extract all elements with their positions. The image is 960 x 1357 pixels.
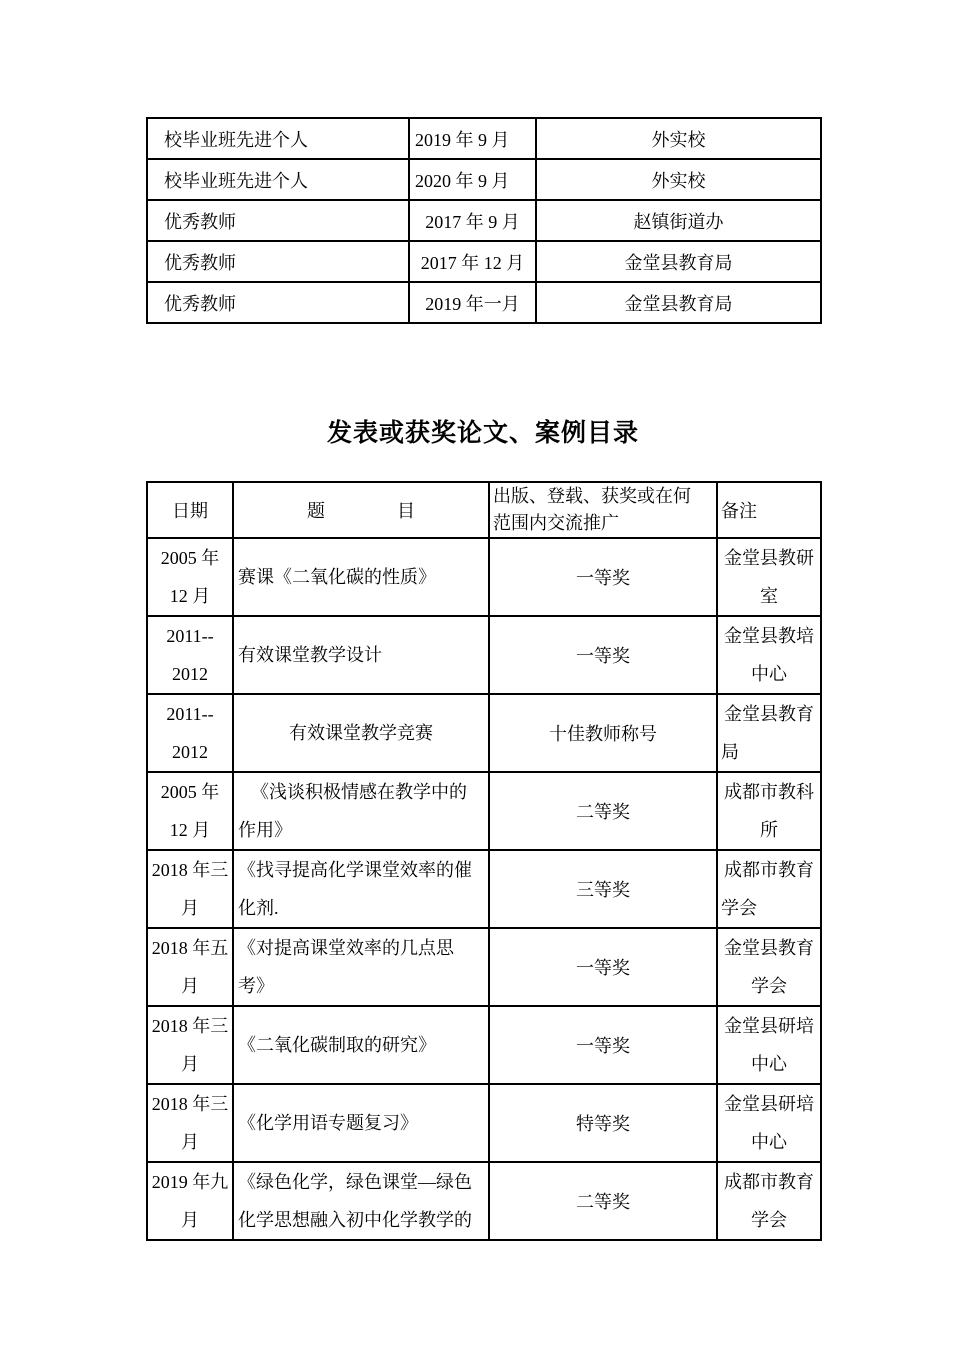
text-line: 2012 bbox=[148, 733, 232, 771]
publication-award-cell: 一等奖 bbox=[489, 616, 717, 694]
award-name-cell: 校毕业班先进个人 bbox=[147, 118, 409, 159]
publication-note-cell: 金堂县教研室 bbox=[717, 538, 821, 616]
text-line: 月 bbox=[148, 1045, 232, 1083]
publication-date-cell: 2011--2012 bbox=[147, 694, 233, 772]
publication-award-cell: 一等奖 bbox=[489, 538, 717, 616]
publication-date-cell: 2018 年三月 bbox=[147, 1006, 233, 1084]
header-note-cell: 备注 bbox=[717, 482, 821, 538]
text-line: 考》 bbox=[234, 967, 488, 1005]
text-line: 月 bbox=[148, 967, 232, 1005]
text-line: 有效课堂教学竞赛 bbox=[234, 714, 488, 752]
text-line: 成都市教育 bbox=[718, 851, 820, 889]
publications-table: 日期 题 目 出版、登载、获奖或在何 范围内交流推广 备注 2005 年12 月… bbox=[146, 481, 822, 1241]
text-line: 2018 年五 bbox=[148, 929, 232, 967]
text-line: 金堂县教培 bbox=[718, 617, 820, 655]
award-name-cell: 优秀教师 bbox=[147, 241, 409, 282]
text-line: 《找寻提高化学课堂效率的催 bbox=[234, 851, 488, 889]
publication-note-cell: 金堂县教培中心 bbox=[717, 616, 821, 694]
publication-note-cell: 成都市教科所 bbox=[717, 772, 821, 850]
header-title-cell: 题 目 bbox=[233, 482, 489, 538]
header-date-cell: 日期 bbox=[147, 482, 233, 538]
publication-award-cell: 二等奖 bbox=[489, 1162, 717, 1240]
text-line: 2011-- bbox=[148, 617, 232, 655]
text-line: 范围内交流推广 bbox=[490, 510, 716, 537]
publication-award-cell: 三等奖 bbox=[489, 850, 717, 928]
text-line: 月 bbox=[148, 1201, 232, 1239]
text-line: 学会 bbox=[718, 967, 820, 1005]
award-date-cell: 2020 年 9 月 bbox=[409, 159, 536, 200]
text-line: 12 月 bbox=[148, 577, 232, 615]
publication-date-cell: 2018 年三月 bbox=[147, 850, 233, 928]
publications-table-body: 2005 年12 月赛课《二氧化碳的性质》一等奖金堂县教研室2011--2012… bbox=[147, 538, 821, 1240]
text-line: 成都市教科 bbox=[718, 773, 820, 811]
publication-title-cell: 有效课堂教学设计 bbox=[233, 616, 489, 694]
publication-title-cell: 有效课堂教学竞赛 bbox=[233, 694, 489, 772]
publication-note-cell: 金堂县研培中心 bbox=[717, 1006, 821, 1084]
text-line: 学会 bbox=[718, 1201, 820, 1239]
text-line: 2019 年九 bbox=[148, 1163, 232, 1201]
publication-note-cell: 金堂县教育局 bbox=[717, 694, 821, 772]
table-row: 2018 年五月《对提高课堂效率的几点思考》一等奖金堂县教育学会 bbox=[147, 928, 821, 1006]
text-line: 化学思想融入初中化学教学的 bbox=[234, 1201, 488, 1239]
document-page: { "section_title": "发表或获奖论文、案例目录", "awar… bbox=[0, 0, 960, 1357]
text-line: 月 bbox=[148, 889, 232, 927]
publication-note-cell: 成都市教育学会 bbox=[717, 850, 821, 928]
table-row: 2018 年三月《找寻提高化学课堂效率的催化剂.三等奖成都市教育学会 bbox=[147, 850, 821, 928]
table-row: 优秀教师2017 年 9 月赵镇街道办 bbox=[147, 200, 821, 241]
text-line: 所 bbox=[718, 811, 820, 849]
publication-award-cell: 二等奖 bbox=[489, 772, 717, 850]
text-line: 12 月 bbox=[148, 811, 232, 849]
publication-date-cell: 2005 年12 月 bbox=[147, 772, 233, 850]
publication-title-cell: 《化学用语专题复习》 bbox=[233, 1084, 489, 1162]
text-line: 《二氧化碳制取的研究》 bbox=[234, 1026, 488, 1064]
text-line: 2011-- bbox=[148, 695, 232, 733]
text-line: 学会 bbox=[718, 889, 820, 927]
text-line: 有效课堂教学设计 bbox=[234, 636, 488, 674]
header-scope-cell: 出版、登载、获奖或在何 范围内交流推广 bbox=[489, 482, 717, 538]
table-row: 2005 年12 月赛课《二氧化碳的性质》一等奖金堂县教研室 bbox=[147, 538, 821, 616]
table-row: 优秀教师2019 年一月金堂县教育局 bbox=[147, 282, 821, 323]
table-row: 校毕业班先进个人2019 年 9 月外实校 bbox=[147, 118, 821, 159]
award-org-cell: 外实校 bbox=[536, 118, 821, 159]
awards-table: 校毕业班先进个人2019 年 9 月外实校校毕业班先进个人2020 年 9 月外… bbox=[146, 117, 822, 324]
text-line: 局 bbox=[718, 733, 820, 771]
publication-title-cell: 赛课《二氧化碳的性质》 bbox=[233, 538, 489, 616]
publication-note-cell: 金堂县研培中心 bbox=[717, 1084, 821, 1162]
text-line: 金堂县研培 bbox=[718, 1085, 820, 1123]
publication-title-cell: 《浅谈积极情感在教学中的作用》 bbox=[233, 772, 489, 850]
publication-title-cell: 《二氧化碳制取的研究》 bbox=[233, 1006, 489, 1084]
text-line: 作用》 bbox=[234, 811, 488, 849]
table-row: 2019 年九月《绿色化学，绿色课堂—绿色化学思想融入初中化学教学的二等奖成都市… bbox=[147, 1162, 821, 1240]
publication-note-cell: 金堂县教育学会 bbox=[717, 928, 821, 1006]
award-date-cell: 2019 年一月 bbox=[409, 282, 536, 323]
text-line: 2005 年 bbox=[148, 773, 232, 811]
text-line: 化剂. bbox=[234, 889, 488, 927]
publication-date-cell: 2018 年五月 bbox=[147, 928, 233, 1006]
publication-award-cell: 一等奖 bbox=[489, 1006, 717, 1084]
text-line: 《化学用语专题复习》 bbox=[234, 1104, 488, 1142]
publication-date-cell: 2005 年12 月 bbox=[147, 538, 233, 616]
award-org-cell: 赵镇街道办 bbox=[536, 200, 821, 241]
text-line: 金堂县研培 bbox=[718, 1007, 820, 1045]
award-date-cell: 2017 年 9 月 bbox=[409, 200, 536, 241]
text-line: 金堂县教研 bbox=[718, 539, 820, 577]
award-org-cell: 金堂县教育局 bbox=[536, 282, 821, 323]
award-date-cell: 2017 年 12 月 bbox=[409, 241, 536, 282]
text-line: 2005 年 bbox=[148, 539, 232, 577]
award-name-cell: 校毕业班先进个人 bbox=[147, 159, 409, 200]
award-org-cell: 外实校 bbox=[536, 159, 821, 200]
publication-date-cell: 2019 年九月 bbox=[147, 1162, 233, 1240]
text-line: 2018 年三 bbox=[148, 851, 232, 889]
award-name-cell: 优秀教师 bbox=[147, 200, 409, 241]
table-row: 2011--2012有效课堂教学设计一等奖金堂县教培中心 bbox=[147, 616, 821, 694]
header-row: 日期 题 目 出版、登载、获奖或在何 范围内交流推广 备注 bbox=[147, 482, 821, 538]
publication-note-cell: 成都市教育学会 bbox=[717, 1162, 821, 1240]
text-line: 成都市教育 bbox=[718, 1163, 820, 1201]
publication-title-cell: 《绿色化学，绿色课堂—绿色化学思想融入初中化学教学的 bbox=[233, 1162, 489, 1240]
publication-award-cell: 十佳教师称号 bbox=[489, 694, 717, 772]
publications-table-header: 日期 题 目 出版、登载、获奖或在何 范围内交流推广 备注 bbox=[147, 482, 821, 538]
text-line: 《浅谈积极情感在教学中的 bbox=[234, 773, 488, 811]
publication-title-cell: 《找寻提高化学课堂效率的催化剂. bbox=[233, 850, 489, 928]
table-row: 2005 年12 月《浅谈积极情感在教学中的作用》二等奖成都市教科所 bbox=[147, 772, 821, 850]
publication-title-cell: 《对提高课堂效率的几点思考》 bbox=[233, 928, 489, 1006]
table-row: 2018 年三月《化学用语专题复习》特等奖金堂县研培中心 bbox=[147, 1084, 821, 1162]
publication-award-cell: 特等奖 bbox=[489, 1084, 717, 1162]
text-line: 室 bbox=[718, 577, 820, 615]
text-line: 金堂县教育 bbox=[718, 695, 820, 733]
text-line: 2012 bbox=[148, 655, 232, 693]
text-line: 中心 bbox=[718, 655, 820, 693]
award-name-cell: 优秀教师 bbox=[147, 282, 409, 323]
text-line: 《绿色化学，绿色课堂—绿色 bbox=[234, 1163, 488, 1201]
table-row: 2018 年三月《二氧化碳制取的研究》一等奖金堂县研培中心 bbox=[147, 1006, 821, 1084]
award-org-cell: 金堂县教育局 bbox=[536, 241, 821, 282]
publication-date-cell: 2018 年三月 bbox=[147, 1084, 233, 1162]
text-line: 金堂县教育 bbox=[718, 929, 820, 967]
text-line: 赛课《二氧化碳的性质》 bbox=[234, 558, 488, 596]
awards-table-body: 校毕业班先进个人2019 年 9 月外实校校毕业班先进个人2020 年 9 月外… bbox=[147, 118, 821, 323]
publication-award-cell: 一等奖 bbox=[489, 928, 717, 1006]
text-line: 《对提高课堂效率的几点思 bbox=[234, 929, 488, 967]
table-row: 校毕业班先进个人2020 年 9 月外实校 bbox=[147, 159, 821, 200]
text-line: 出版、登载、获奖或在何 bbox=[490, 483, 716, 510]
table-row: 2011--2012有效课堂教学竞赛十佳教师称号金堂县教育局 bbox=[147, 694, 821, 772]
section-title: 发表或获奖论文、案例目录 bbox=[146, 413, 820, 449]
text-line: 中心 bbox=[718, 1123, 820, 1161]
text-line: 月 bbox=[148, 1123, 232, 1161]
table-row: 优秀教师2017 年 12 月金堂县教育局 bbox=[147, 241, 821, 282]
publication-date-cell: 2011--2012 bbox=[147, 616, 233, 694]
text-line: 2018 年三 bbox=[148, 1085, 232, 1123]
text-line: 2018 年三 bbox=[148, 1007, 232, 1045]
award-date-cell: 2019 年 9 月 bbox=[409, 118, 536, 159]
text-line: 中心 bbox=[718, 1045, 820, 1083]
